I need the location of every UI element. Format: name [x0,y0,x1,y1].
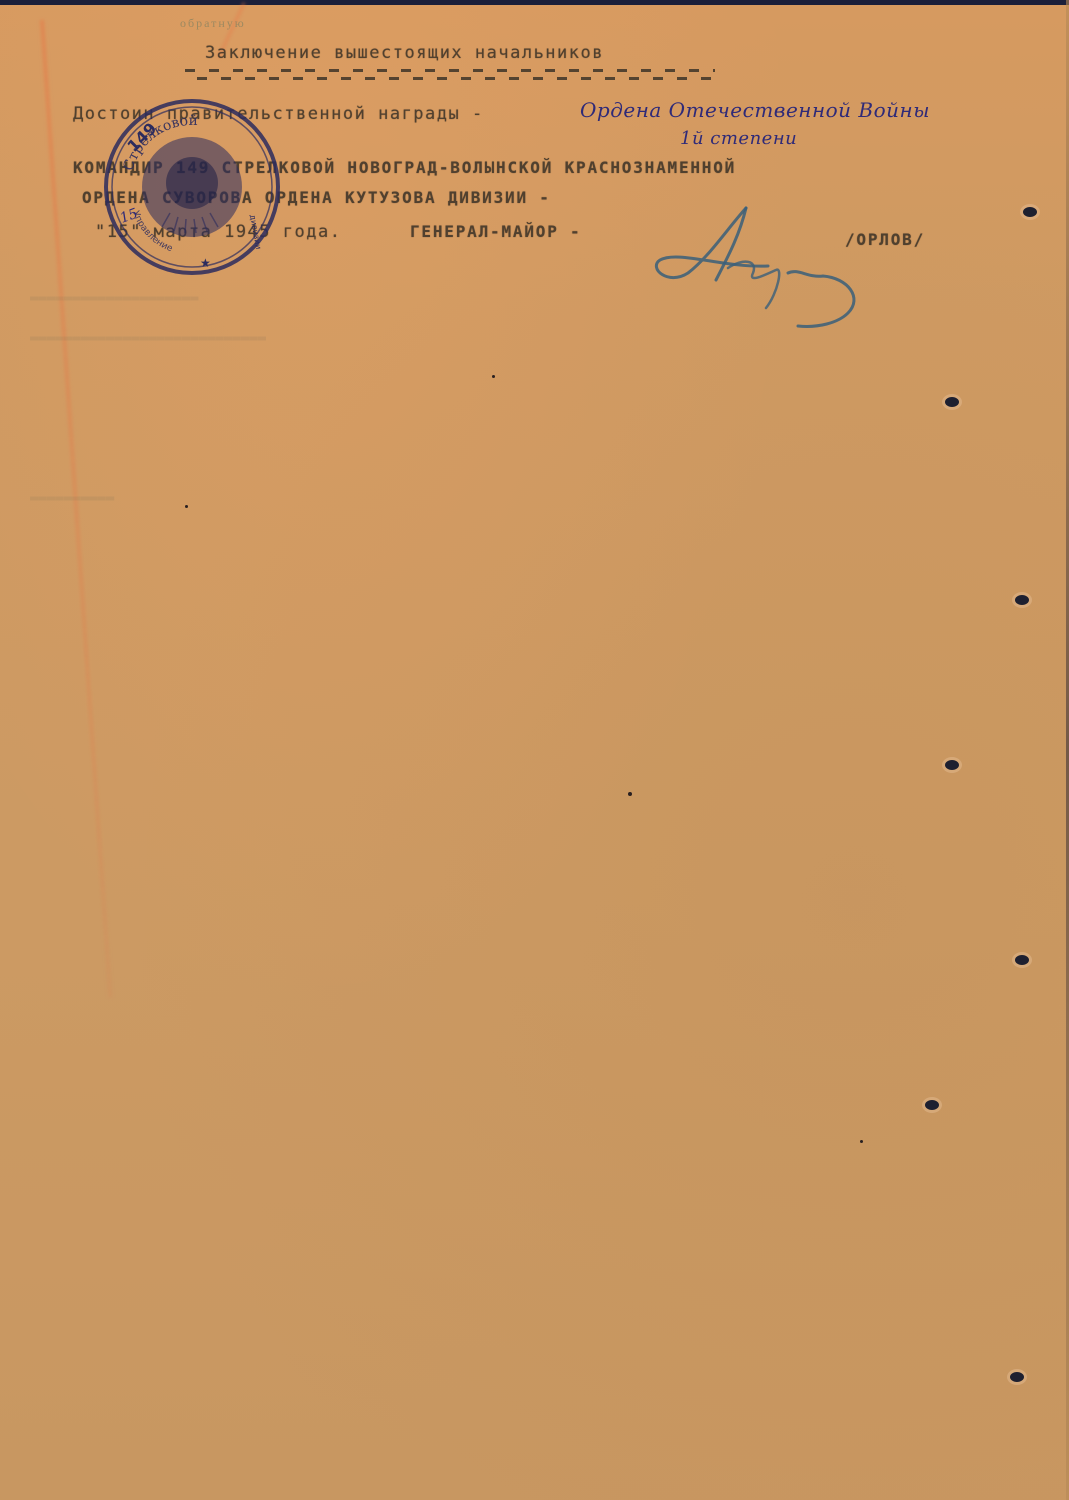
ghost-text-bleed: ▬▬▬▬▬▬▬▬▬▬▬▬▬▬▬▬▬▬▬▬▬▬▬▬▬▬▬▬ [30,330,266,346]
paper-speck [628,792,632,796]
stamp-star-icon: ★ [200,256,211,270]
stamp-ring-text-right: дивизии [248,214,263,250]
scan-top-border [0,0,1069,5]
document-page: обратную Заключение вышестоящих начальни… [0,0,1069,1500]
punch-hole [1023,207,1037,217]
punch-hole [1015,595,1029,605]
paper-speck [860,1140,863,1143]
punch-hole [945,760,959,770]
heading-underline-dashes [185,67,715,83]
section-heading: Заключение вышестоящих начальников [205,43,604,63]
faint-top-annotation: обратную [180,16,246,31]
paper-speck [492,375,495,378]
award-degree-handwritten: 1й степени [680,128,797,149]
ghost-text-bleed: ▬▬▬▬▬▬▬▬▬▬▬▬▬▬▬▬▬▬▬▬ [30,290,199,306]
handwritten-signature [648,198,868,333]
award-name-handwritten: Ордена Отечественной Войны [580,98,930,122]
punch-hole [925,1100,939,1110]
punch-hole [1010,1372,1024,1382]
punch-hole [945,397,959,407]
punch-hole [1015,955,1029,965]
rank-line: ГЕНЕРАЛ-МАЙОР - [410,222,582,241]
paper-speck [185,505,188,508]
ghost-text-bleed: ▬▬▬▬▬▬▬▬▬▬ [30,490,114,506]
official-seal-stamp: Стрелковой 149 Управление дивизии ★ 15 [100,95,285,280]
